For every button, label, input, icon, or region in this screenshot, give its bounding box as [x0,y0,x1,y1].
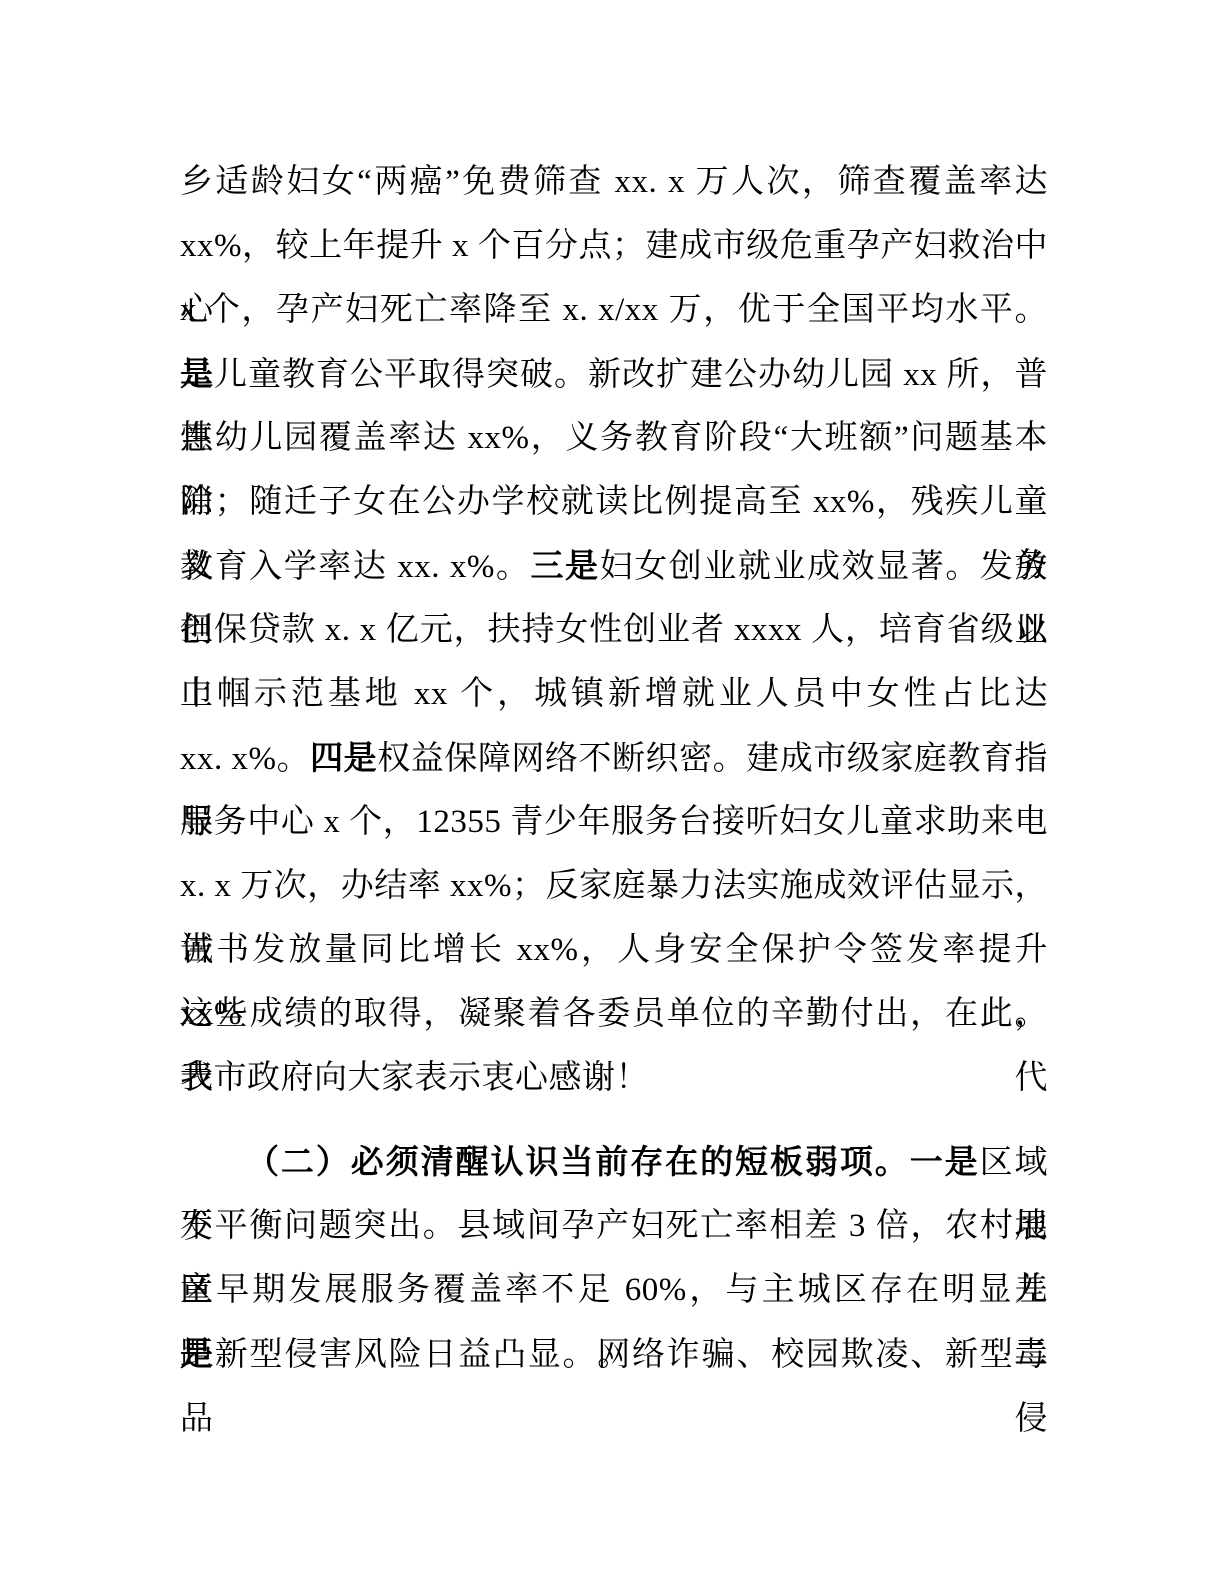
text-line: 巾帼示范基地 xx 个，城镇新增就业人员中女性占比达 [180,662,1048,726]
para-achievements: 乡适龄妇女“两癌”免费筛查 xx. x 万人次，筛查覆盖率达xx%，较上年提升 … [180,150,1048,1110]
text-segment: 表市政府向大家表示衷心感谢！ [180,1060,649,1096]
para-shortcomings: （二）必须清醒认识当前存在的短板弱项。一是区域发展不平衡问题突出。县域间孕产妇死… [180,1130,1048,1386]
text-segment: 服务中心 x 个，12355 青少年服务台接听妇女儿童求助来电 [180,804,1048,840]
text-segment: 教育入学率达 xx. x%。 [180,549,530,585]
text-segment-bold: 三是 [530,547,599,584]
text-line: xx. x%。四是权益保障网络不断织密。建成市级家庭教育指导 [180,726,1048,790]
text-line: 担保贷款 x. x 亿元，扶持女性创业者 xxxx 人，培育省级以上 [180,598,1048,662]
text-line: x 个，孕产妇死亡率降至 x. x/xx 万，优于全国平均水平。二 [180,278,1048,342]
text-line: 童早期发展服务覆盖率不足 60%，与主城区存在明显差距。二 [180,1258,1048,1322]
text-segment: xx. x%。 [180,741,310,777]
text-segment: x 个，孕产妇死亡率降至 x. x/xx 万，优于全国平均水平。 [180,292,1048,328]
text-line: 是儿童教育公平取得突破。新改扩建公办幼儿园 xx 所，普惠 [180,342,1048,406]
text-line: 性幼儿园覆盖率达 xx%，义务教育阶段“大班额”问题基本消 [180,406,1048,470]
text-segment-bold: 四是 [310,739,377,776]
text-line: xx%，较上年提升 x 个百分点；建成市级危重孕产妇救治中心 [180,214,1048,278]
text-line: （二）必须清醒认识当前存在的短板弱项。一是区域发展 [180,1130,1048,1194]
text-segment: 乡适龄妇女“两癌”免费筛查 xx. x 万人次，筛查覆盖率达 [180,164,1048,200]
text-line: 不平衡问题突出。县域间孕产妇死亡率相差 3 倍，农村地区儿 [180,1194,1048,1258]
text-line: 乡适龄妇女“两癌”免费筛查 xx. x 万人次，筛查覆盖率达 [180,150,1048,214]
text-segment-bold: 是 [180,1335,215,1372]
text-segment-bold: （二）必须清醒认识当前存在的短板弱项。一是 [246,1143,980,1180]
text-line: 诫书发放量同比增长 xx%，人身安全保护令签发率提升 xx%。 [180,918,1048,982]
text-segment: 新型侵害风险日益凸显。网络诈骗、校园欺凌、新型毒品侵 [180,1337,1048,1437]
text-segment: 巾帼示范基地 xx 个，城镇新增就业人员中女性占比达 [180,676,1048,712]
document-body: 乡适龄妇女“两癌”免费筛查 xx. x 万人次，筛查覆盖率达xx%，较上年提升 … [180,150,1048,1386]
text-line: x. x 万次，办结率 xx%；反家庭暴力法实施成效评估显示，告 [180,854,1048,918]
text-line: 服务中心 x 个，12355 青少年服务台接听妇女儿童求助来电 [180,790,1048,854]
text-line: 除；随迁子女在公办学校就读比例提高至 xx%，残疾儿童义务 [180,470,1048,534]
text-line: 教育入学率达 xx. x%。三是妇女创业就业成效显著。发放创业 [180,534,1048,598]
page: 乡适龄妇女“两癌”免费筛查 xx. x 万人次，筛查覆盖率达xx%，较上年提升 … [0,0,1224,1584]
text-segment-bold: 是 [180,355,214,392]
text-line: 这些成绩的取得，凝聚着各委员单位的辛勤付出，在此，我代 [180,982,1048,1046]
text-line: 是新型侵害风险日益凸显。网络诈骗、校园欺凌、新型毒品侵 [180,1322,1048,1386]
